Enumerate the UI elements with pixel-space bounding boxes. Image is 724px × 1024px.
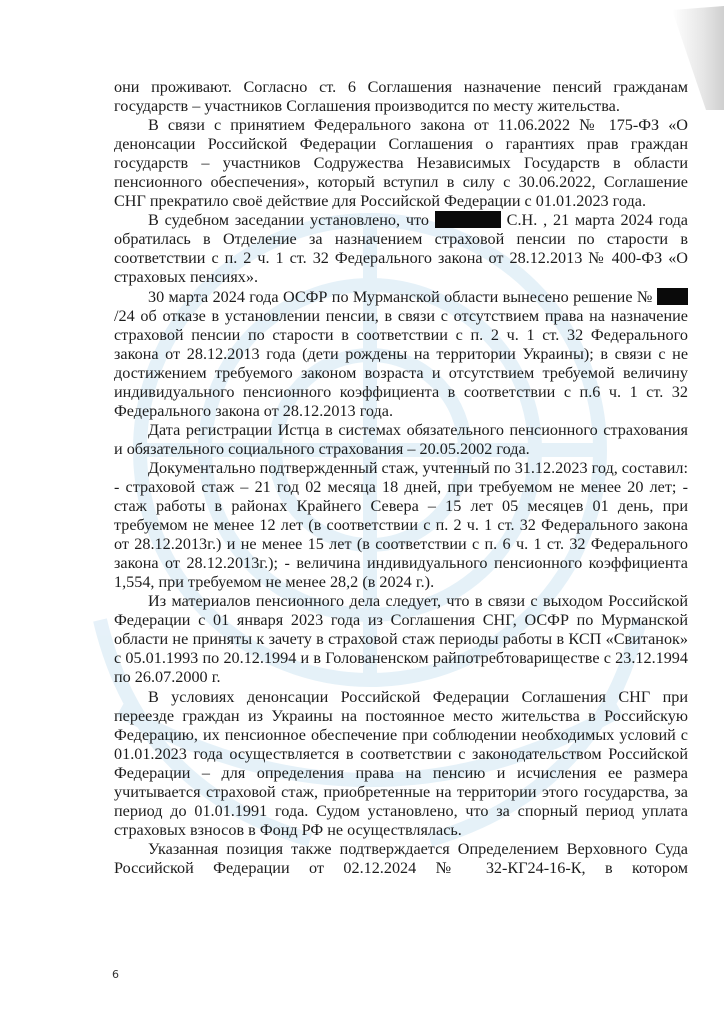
paragraph: В условиях денонсации Российской Федерац…: [114, 688, 688, 840]
paragraph: они проживают. Согласно ст. 6 Соглашения…: [114, 78, 688, 116]
paragraph-text: /24 об отказе в установлении пенсии, в с…: [114, 307, 688, 420]
paragraph: Дата регистрации Истца в системах обязат…: [114, 421, 688, 459]
paragraph: Из материалов пенсионного дела следует, …: [114, 592, 688, 687]
paragraph: В связи с принятием Федерального закона …: [114, 116, 688, 211]
paragraph-court-finding: В судебном заседании установлено, что С.…: [114, 211, 688, 287]
paragraph: Указанная позиция также подтверждается О…: [114, 840, 688, 878]
paragraph: Документально подтвержденный стаж, учтен…: [114, 459, 688, 592]
paragraph-decision: 30 марта 2024 года ОСФР по Мурманской об…: [114, 288, 688, 421]
page-number: 6: [112, 968, 119, 981]
redacted-surname: [435, 211, 501, 228]
paragraph-text: В судебном заседании установлено, что: [148, 211, 435, 229]
redacted-decision-number: [657, 288, 688, 305]
document-body: они проживают. Согласно ст. 6 Соглашения…: [114, 78, 688, 878]
paragraph-text: 30 марта 2024 года ОСФР по Мурманской об…: [148, 288, 657, 306]
